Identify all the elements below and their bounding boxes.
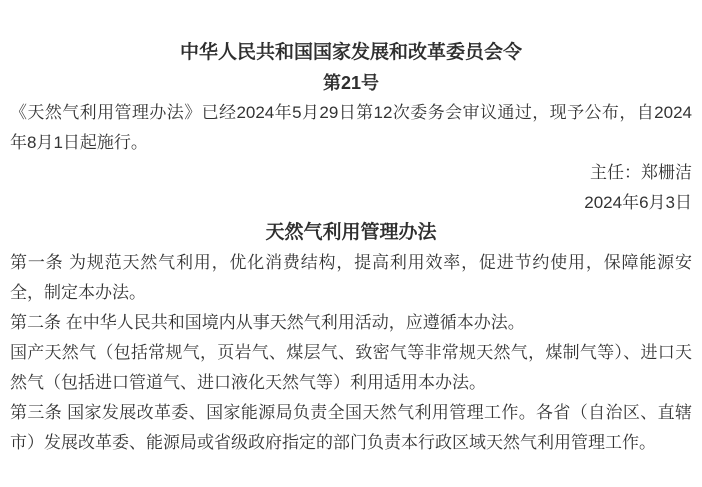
- publish-date: 2024年6月3日: [10, 188, 692, 218]
- article-2: 第二条 在中华人民共和国境内从事天然气利用活动，应遵循本办法。: [10, 308, 692, 338]
- order-title: 中华人民共和国国家发展和改革委员会令: [10, 38, 692, 68]
- document-page: 中华人民共和国国家发展和改革委员会令 第21号 《天然气利用管理办法》已经202…: [0, 0, 702, 487]
- regulation-title: 天然气利用管理办法: [10, 218, 692, 248]
- article-1: 第一条 为规范天然气利用，优化消费结构，提高利用效率，促进节约使用，保障能源安全…: [10, 248, 692, 308]
- announcement-paragraph: 《天然气利用管理办法》已经2024年5月29日第12次委务会审议通过，现予公布，…: [10, 98, 692, 158]
- article-3: 第三条 国家发展改革委、国家能源局负责全国天然气利用管理工作。各省（自治区、直辖…: [10, 398, 692, 458]
- order-number: 第21号: [10, 68, 692, 98]
- signer-line: 主任：郑栅洁: [10, 158, 692, 188]
- article-2-scope: 国产天然气（包括常规气，页岩气、煤层气、致密气等非常规天然气，煤制气等）、进口天…: [10, 338, 692, 398]
